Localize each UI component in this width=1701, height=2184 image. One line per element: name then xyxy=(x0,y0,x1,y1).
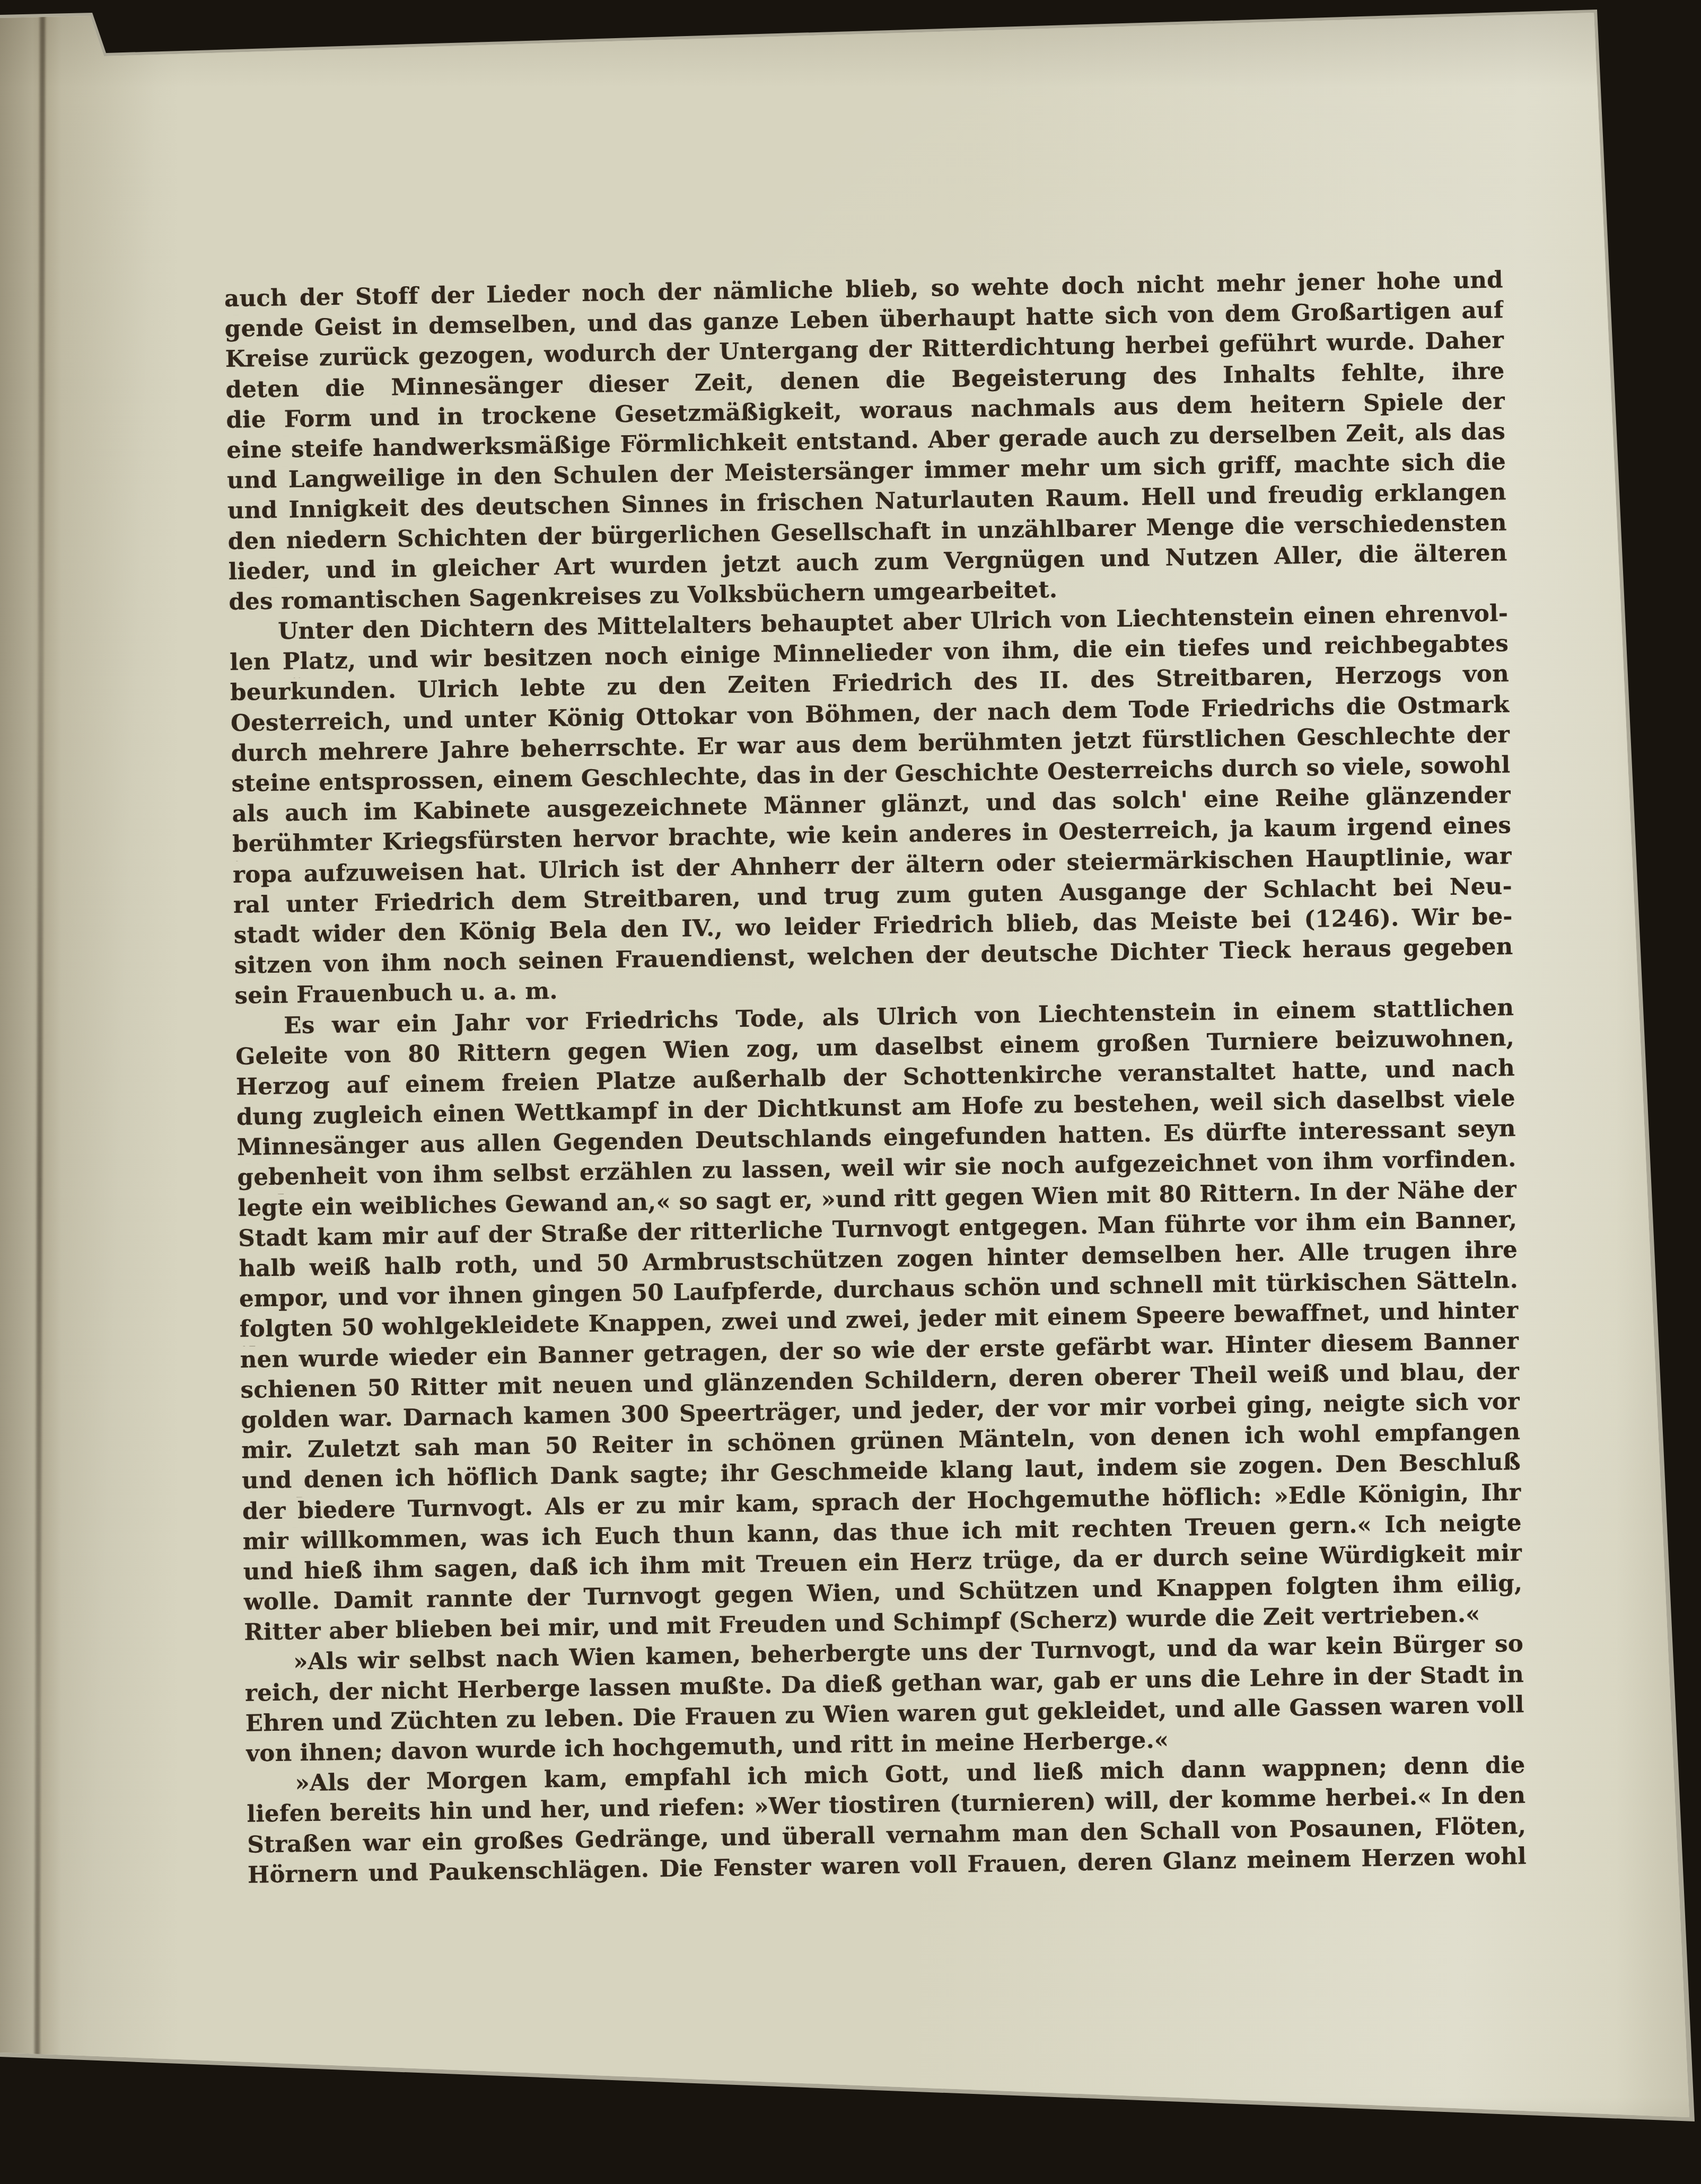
paper-edge-vignette xyxy=(0,0,1701,2184)
